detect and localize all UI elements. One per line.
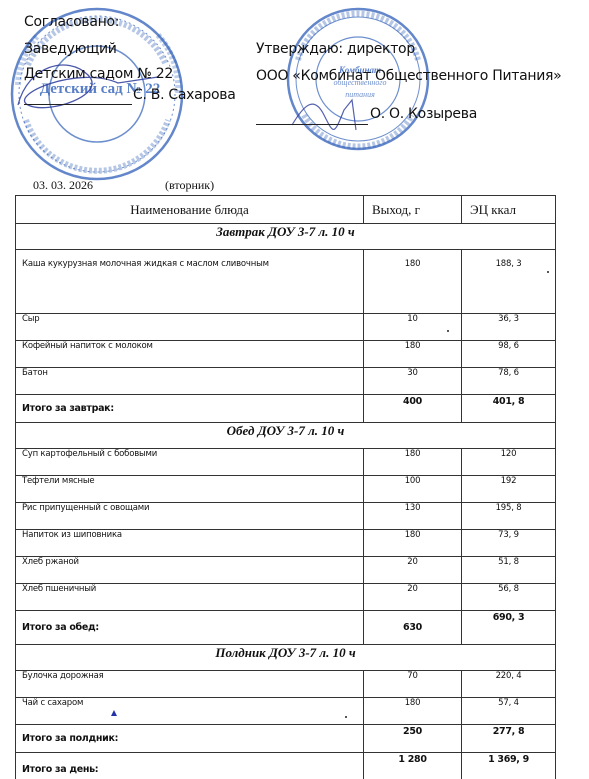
- dish-output: 130: [364, 503, 462, 530]
- dish-output: 100: [364, 476, 462, 503]
- dish-name: Булочка дорожная: [16, 671, 364, 698]
- dish-name: Чай с сахаром: [16, 698, 364, 725]
- dish-kcal: 56, 8: [462, 584, 556, 611]
- dish-kcal: 220, 4: [462, 671, 556, 698]
- table-row: Каша кукурузная молочная жидкая с маслом…: [16, 250, 556, 314]
- dish-name: Каша кукурузная молочная жидкая с маслом…: [16, 250, 364, 314]
- table-row: Суп картофельный с бобовыми180120: [16, 449, 556, 476]
- kindergarten-name: Детским садом № 22: [24, 66, 173, 82]
- table-header-row: Наименование блюда Выход, г ЭЦ ккал: [16, 196, 556, 224]
- section-title: Полдник ДОУ 3-7 л. 10 ч: [16, 645, 556, 671]
- day-total-kcal: 1 369, 9: [462, 753, 556, 779]
- section-header-row: Обед ДОУ 3-7 л. 10 ч: [16, 423, 556, 449]
- section-total-row: Итого за завтрак:400401, 8: [16, 395, 556, 423]
- total-kcal: 690, 3: [462, 611, 556, 645]
- svg-text:питания: питания: [345, 90, 375, 99]
- left-signature-line: [24, 104, 132, 105]
- section-title: Завтрак ДОУ 3-7 л. 10 ч: [16, 224, 556, 250]
- dish-name: Батон: [16, 368, 364, 395]
- menu-table: Наименование блюда Выход, г ЭЦ ккал Завт…: [15, 195, 556, 779]
- dish-kcal: 188, 3: [462, 250, 556, 314]
- dish-name: Сыр: [16, 314, 364, 341]
- dish-kcal: 73, 9: [462, 530, 556, 557]
- menu-weekday: (вторник): [165, 178, 214, 193]
- table-row: Рис припущенный с овощами130195, 8: [16, 503, 556, 530]
- right-signature-line: [256, 124, 368, 125]
- total-kcal: 401, 8: [462, 395, 556, 423]
- total-label: Итого за полдник:: [16, 725, 364, 753]
- total-output: 400: [364, 395, 462, 423]
- dish-kcal: 57, 4: [462, 698, 556, 725]
- scan-speck: [547, 271, 549, 273]
- dish-name: Хлеб пшеничный: [16, 584, 364, 611]
- pen-mark: [111, 710, 117, 716]
- menu-date: 03. 03. 2026: [33, 178, 93, 193]
- table-row: Напиток из шиповника18073, 9: [16, 530, 556, 557]
- table-row: Сыр1036, 3: [16, 314, 556, 341]
- dish-output: 180: [364, 530, 462, 557]
- dish-kcal: 120: [462, 449, 556, 476]
- scan-speck: [447, 330, 449, 332]
- dish-output: 70: [364, 671, 462, 698]
- agreed-label: Согласовано:: [24, 14, 119, 30]
- dish-kcal: 195, 8: [462, 503, 556, 530]
- day-total-label: Итого за день:: [16, 753, 364, 779]
- total-output: 630: [364, 611, 462, 645]
- head-position: Заведующий: [24, 41, 117, 57]
- dish-kcal: 192: [462, 476, 556, 503]
- catering-organization: ООО «Комбинат Общественного Питания»: [256, 68, 561, 84]
- scan-speck: [345, 716, 347, 718]
- header-kcal: ЭЦ ккал: [462, 196, 556, 224]
- dish-name: Рис припущенный с овощами: [16, 503, 364, 530]
- total-label: Итого за обед:: [16, 611, 364, 645]
- section-total-row: Итого за полдник:250277, 8: [16, 725, 556, 753]
- header-output: Выход, г: [364, 196, 462, 224]
- table-row: Чай с сахаром18057, 4: [16, 698, 556, 725]
- table-row: Тефтели мясные100192: [16, 476, 556, 503]
- dish-name: Хлеб ржаной: [16, 557, 364, 584]
- day-total-output: 1 280: [364, 753, 462, 779]
- right-signatory: О. О. Козырева: [370, 106, 477, 122]
- approved-label: Утверждаю: директор: [256, 41, 415, 57]
- section-title: Обед ДОУ 3-7 л. 10 ч: [16, 423, 556, 449]
- dish-name: Тефтели мясные: [16, 476, 364, 503]
- dish-name: Суп картофельный с бобовыми: [16, 449, 364, 476]
- total-output: 250: [364, 725, 462, 753]
- dish-kcal: 78, 6: [462, 368, 556, 395]
- table-row: Батон3078, 6: [16, 368, 556, 395]
- dish-kcal: 51, 8: [462, 557, 556, 584]
- total-label: Итого за завтрак:: [16, 395, 364, 423]
- dish-output: 180: [364, 698, 462, 725]
- dish-kcal: 36, 3: [462, 314, 556, 341]
- dish-output: 20: [364, 584, 462, 611]
- table-row: Булочка дорожная70220, 4: [16, 671, 556, 698]
- dish-kcal: 98, 6: [462, 341, 556, 368]
- table-row: Кофейный напиток с молоком18098, 6: [16, 341, 556, 368]
- dish-output: 180: [364, 250, 462, 314]
- table-row: Хлеб ржаной2051, 8: [16, 557, 556, 584]
- dish-name: Напиток из шиповника: [16, 530, 364, 557]
- dish-output: 180: [364, 341, 462, 368]
- dish-name: Кофейный напиток с молоком: [16, 341, 364, 368]
- day-total-row: Итого за день:1 2801 369, 9: [16, 753, 556, 779]
- dish-output: 180: [364, 449, 462, 476]
- section-header-row: Завтрак ДОУ 3-7 л. 10 ч: [16, 224, 556, 250]
- table-row: Хлеб пшеничный2056, 8: [16, 584, 556, 611]
- header-dish-name: Наименование блюда: [16, 196, 364, 224]
- dish-output: 30: [364, 368, 462, 395]
- dish-output: 20: [364, 557, 462, 584]
- section-total-row: Итого за обед:630690, 3: [16, 611, 556, 645]
- left-signatory: С. В. Сахарова: [133, 87, 235, 103]
- total-kcal: 277, 8: [462, 725, 556, 753]
- dish-output: 10: [364, 314, 462, 341]
- section-header-row: Полдник ДОУ 3-7 л. 10 ч: [16, 645, 556, 671]
- menu-table-body: Завтрак ДОУ 3-7 л. 10 чКаша кукурузная м…: [16, 224, 556, 779]
